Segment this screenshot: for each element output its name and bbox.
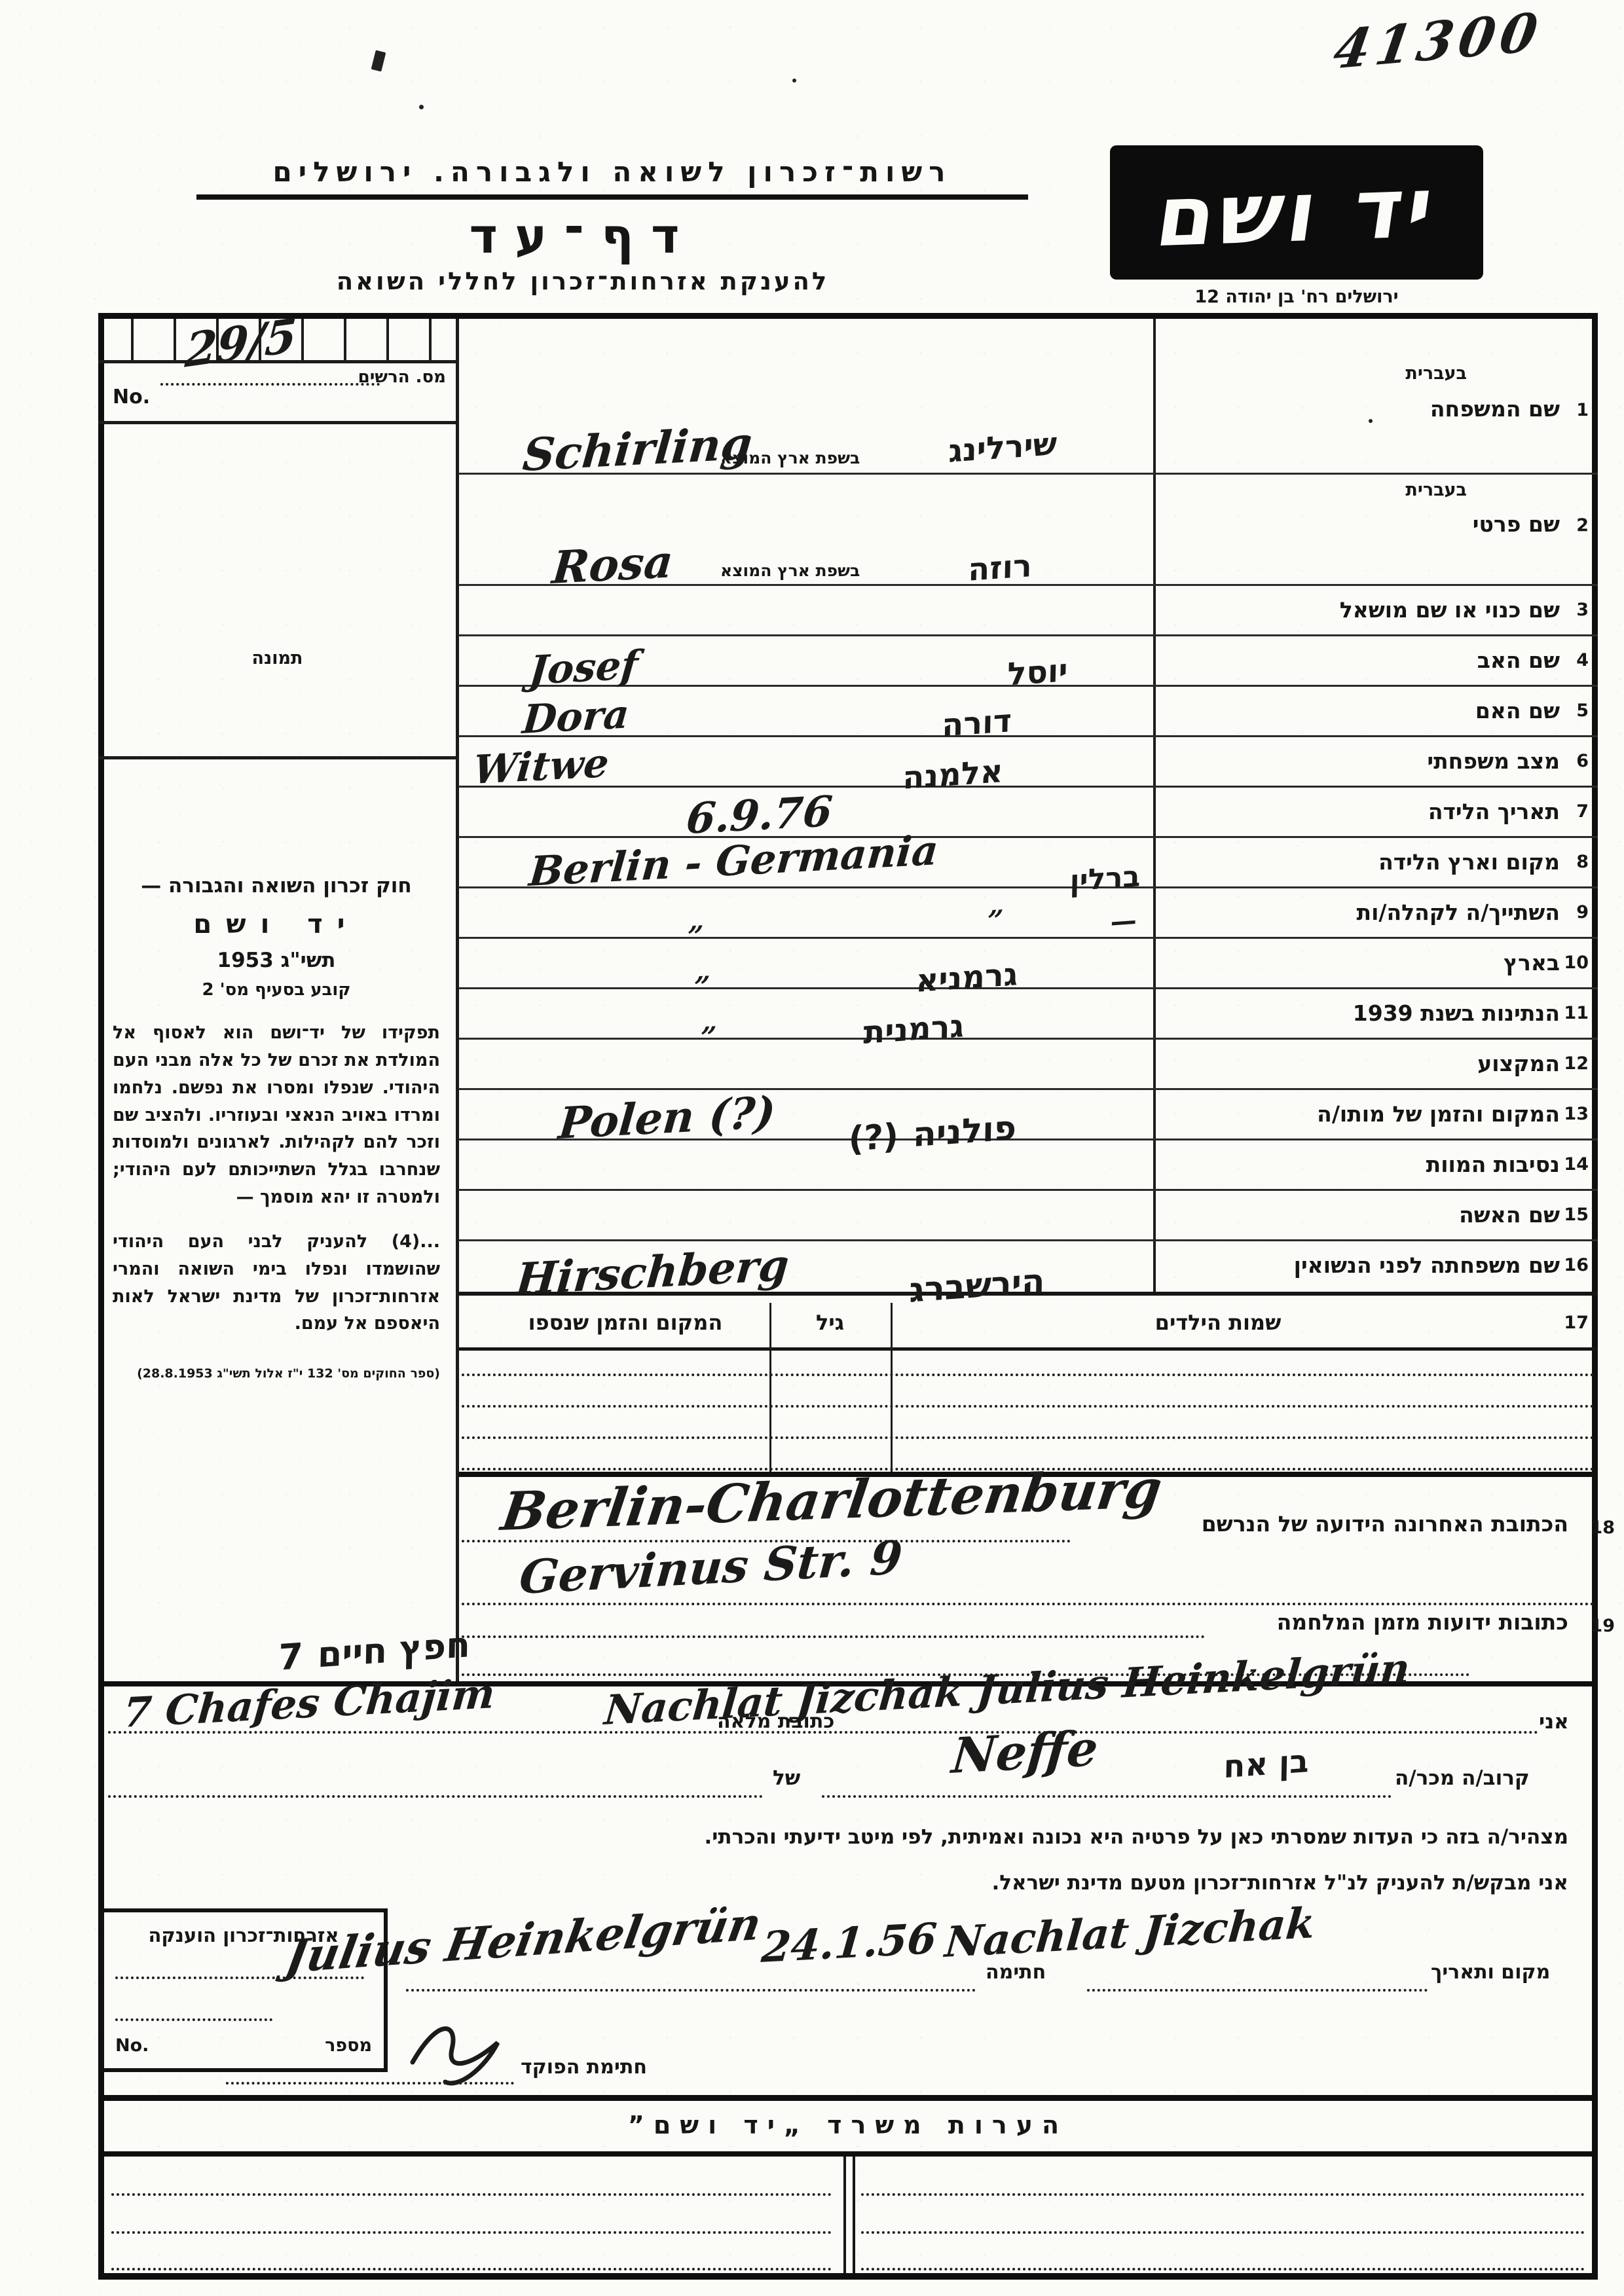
yad-vashem-logo-text: יד ושם	[1150, 159, 1443, 266]
relation-dotted-1	[822, 1795, 1392, 1798]
tick	[344, 319, 346, 361]
grant-box-no-label: No.	[115, 2035, 149, 2056]
field-row-10: 10 בארץ „ גרמניא	[458, 937, 1598, 989]
scan-speck	[371, 50, 386, 72]
field-value-latin: Schirling	[521, 417, 754, 482]
field-sublabel-hebrew: בעברית	[1405, 480, 1467, 500]
children-table-number: 17	[1564, 1313, 1589, 1333]
law-section: קובע בסעיף מס' 2	[113, 980, 440, 1000]
scanned-testimony-page: 41300 רשות־זכרון לשואה ולגבורה. ירושלים …	[0, 0, 1624, 2296]
children-table-header: 17 שמות הילדים גיל המקום והזמן שנספו	[458, 1296, 1598, 1351]
relation-label: קרוב/ה מכר/ה	[1395, 1766, 1530, 1790]
field-value-latin: Berlin - Germania	[527, 826, 940, 896]
tick	[429, 319, 432, 361]
field-label: הנתינות בשנת 1939	[1353, 1000, 1560, 1026]
law-title: חוק זכרון השואה והגבורה —	[113, 874, 440, 898]
office-notes-line	[111, 2193, 832, 2196]
field-label: שם המשפחה	[1430, 396, 1560, 422]
declarant-dotted-line	[108, 1731, 1539, 1734]
photo-area-bottom-line	[98, 756, 456, 759]
office-notes-divider	[843, 2157, 855, 2273]
field-row-8: 8 מקום וארץ הלידה Berlin - Germania ברלי…	[458, 836, 1598, 888]
official-signature-dotted	[226, 2082, 514, 2085]
field-row-16: 16 שם משפחתה לפני הנשואין Hirschberg היר…	[458, 1239, 1598, 1296]
relation-hebrew-handwriting: בן אח	[1219, 1743, 1310, 1786]
field-label: מצב משפחתי	[1427, 748, 1560, 774]
office-notes-line	[111, 2268, 832, 2270]
field-row-2: 2 בעברית שם פרטי בשפת ארץ המוצא Rosa רוז…	[458, 475, 1598, 586]
yad-vashem-logo: יד ושם	[1110, 145, 1483, 280]
form-title: דף־עד	[196, 208, 969, 264]
form-border-top	[98, 313, 1598, 319]
field-row-14: 14 נסיבות המוות	[458, 1139, 1598, 1191]
children-col-divider-1	[769, 1303, 771, 1476]
field-label: המקצוע	[1477, 1051, 1560, 1076]
full-address-label: כתובת מלאה	[717, 1710, 834, 1733]
tick	[386, 319, 389, 361]
field-row-12: 12 המקצוע	[458, 1038, 1598, 1090]
field-number: 2	[1576, 515, 1589, 536]
field-row-15: 15 שם האשה	[458, 1189, 1598, 1241]
field-label: שם האשה	[1459, 1202, 1560, 1228]
of-label: של	[773, 1766, 800, 1790]
field-label: שם האם	[1475, 698, 1560, 723]
registration-label: מס. הרשים	[358, 367, 446, 387]
field-value-hebrew: —	[1108, 905, 1139, 937]
field-label: השתייך/ה לקהלה/ות	[1357, 900, 1560, 925]
no-label: No.	[113, 386, 150, 409]
office-notes-line	[861, 2231, 1585, 2234]
field-row-3: 3 שם כנוי או שם מושאל	[458, 584, 1598, 636]
field-number: 6	[1576, 751, 1589, 771]
field-row-6: 6 מצב משפחתי Witwe אלמנה	[458, 735, 1598, 788]
field-number: 11	[1564, 1003, 1589, 1023]
grant-box-title: אזרחות־זכרון הוענקה	[103, 1924, 384, 1946]
children-row-line	[462, 1405, 1595, 1408]
relation-dotted-2	[108, 1795, 763, 1798]
tick	[301, 319, 304, 361]
memorial-citizenship-grant-box: אזרחות־זכרון הוענקה מספר No.	[100, 1908, 388, 2072]
wartime-address-label: כתובות ידועות מזמן המלחמה	[1211, 1609, 1568, 1635]
no-dotted-line	[160, 383, 380, 386]
field-label: שם כנוי או שם מושאל	[1340, 597, 1560, 623]
office-notes-top-line	[98, 2095, 1598, 2101]
field-value-latin: Hirschberg	[514, 1239, 791, 1305]
place-handwriting: Nachlat Jizchak	[943, 1899, 1317, 1967]
office-notes-box	[98, 2157, 1598, 2273]
field-number: 15	[1564, 1205, 1589, 1225]
field-number: 8	[1576, 852, 1589, 872]
children-col-divider-2	[891, 1303, 893, 1476]
field-sublabel-origin: בשפת ארץ המוצא	[720, 561, 860, 580]
grant-box-dotted-1	[115, 1977, 364, 1979]
field-label: נסיבות המוות	[1426, 1152, 1560, 1177]
law-year: תשי"ג 1953	[113, 949, 440, 972]
law-name: יד ושם	[113, 909, 440, 939]
tick	[174, 319, 176, 361]
corner-number-handwriting: 41300	[1329, 1, 1547, 81]
field-label: מקום וארץ הלידה	[1378, 849, 1560, 875]
field-label: המקום והזמן של מותו/ה	[1317, 1101, 1560, 1127]
field-value-latin: „ „	[688, 888, 1006, 937]
field-sublabel-hebrew: בעברית	[1405, 363, 1467, 384]
law-paragraph-2: ...(4) להעניק לבני העם היהודי שהושמדו ונ…	[113, 1228, 440, 1338]
place-date-label: מקום ותאריך	[1431, 1961, 1550, 1984]
photo-label: תמונה	[98, 648, 456, 668]
children-place-header: המקום והזמן שנספו	[485, 1310, 766, 1335]
tick	[131, 319, 134, 361]
signature-dotted	[406, 1989, 976, 1992]
form-subtitle: להענקת אזרחות־זכרון לחללי השואה	[196, 267, 969, 295]
children-row-line	[462, 1436, 1595, 1439]
office-notes-header-line	[98, 2151, 1598, 2157]
authority-title: רשות־זכרון לשואה ולגבורה. ירושלים	[196, 156, 1028, 200]
office-notes-line	[111, 2231, 832, 2234]
field-number: 10	[1564, 953, 1589, 973]
field-number: 4	[1576, 650, 1589, 670]
children-names-header: שמות הילדים	[1035, 1310, 1401, 1335]
date-handwriting: 24.1.56	[760, 1914, 938, 1973]
field-row-7: 7 תאריך הלידה 6.9.76	[458, 786, 1598, 838]
field-number: 14	[1564, 1154, 1589, 1175]
field-number: 9	[1576, 902, 1589, 922]
field-row-1: 1 בעברית שם המשפחה בשפת ארץ המוצא Schirl…	[458, 357, 1598, 475]
field-label: בארץ	[1504, 950, 1560, 975]
field-number: 3	[1576, 600, 1589, 620]
relation-handwriting: Neffe	[950, 1721, 1100, 1785]
office-notes-title: הערות משרד „יד ושם”	[98, 2111, 1598, 2140]
field-value-hebrew: רוזה	[963, 548, 1033, 589]
field-label: שם האב	[1477, 647, 1560, 673]
field-label: שם פרטי	[1473, 511, 1560, 537]
field-row-4: 4 שם האב Josef יוסל	[458, 634, 1598, 687]
registration-number-row: No. מס. הרשים 29/5	[98, 363, 456, 421]
logo-address: ירושלים רח' בן יהודה 12	[1110, 287, 1483, 307]
row18-number: 18	[1572, 1518, 1615, 1538]
grant-box-number-label: מספר	[325, 2035, 372, 2056]
field-row-9: 9 השתייך/ה לקהלה/ות „ „ —	[458, 886, 1598, 939]
no-row-bottom-line	[98, 421, 456, 424]
official-signature-label: חתימת הפוקד	[521, 2056, 647, 2079]
form-border-bottom	[98, 2273, 1598, 2280]
office-notes-line	[861, 2193, 1585, 2196]
last-address-label: הכתובת האחרונה הידועה של הנרשם	[1074, 1511, 1568, 1537]
law-footnote: (ספר החוקים מס' 132 י"ז אלול תשי"ג 28.8.…	[113, 1366, 440, 1381]
field-label: תאריך הלידה	[1428, 799, 1560, 824]
field-number: 1	[1576, 400, 1589, 420]
field-row-11: 11 הנתינות בשנת 1939 „ גרמנית	[458, 987, 1598, 1040]
field-label: שם משפחתה לפני הנשואין	[1294, 1252, 1560, 1278]
signature-label: חתימה	[986, 1961, 1046, 1984]
field-value-hebrew: שירלינג	[944, 426, 1058, 470]
field-number: 7	[1576, 801, 1589, 822]
scan-speck	[792, 79, 796, 82]
field-number: 12	[1564, 1053, 1589, 1074]
field-number: 5	[1576, 701, 1589, 721]
field-value-latin: „	[701, 1004, 719, 1038]
last-address-dotted-2	[462, 1603, 1595, 1605]
children-age-header: גיל	[769, 1310, 891, 1335]
field-number: 16	[1564, 1255, 1589, 1275]
wartime-address-dotted-1	[462, 1635, 1205, 1638]
declarant-address-handwriting: 7 Chafes Chajim	[121, 1669, 497, 1737]
field-row-5: 5 שם האם Dora דורה	[458, 685, 1598, 737]
wartime-address-hebrew-note: חפץ חיים 7	[275, 1624, 471, 1679]
row19-number: 19	[1572, 1616, 1615, 1636]
office-notes-line	[861, 2268, 1585, 2270]
children-row-line	[462, 1374, 1595, 1376]
declaration-statement-2: אני מבקש/ת להעניק לנ"ל אזרחות־זכרון מטעם…	[773, 1871, 1568, 1895]
official-signature-scribble	[399, 2003, 517, 2095]
declarant-i-label: אני	[1539, 1710, 1569, 1734]
law-paragraph-1: תפקידו של יד־ושם הוא לאסוף אל המולדת את …	[113, 1019, 440, 1211]
field-value-latin: „	[694, 954, 712, 987]
place-date-dotted	[1087, 1989, 1428, 1992]
declaration-statement-1: מצהיר/ה בזה כי העדות שמסרתי כאן על פרטיה…	[314, 1825, 1568, 1849]
scan-speck	[419, 105, 424, 109]
field-number: 13	[1564, 1104, 1589, 1124]
field-row-13: 13 המקום והזמן של מותו/ה Polen (?) פולני…	[458, 1088, 1598, 1140]
law-block: חוק זכרון השואה והגבורה — יד ושם תשי"ג 1…	[113, 874, 440, 1381]
grant-box-dotted-2	[115, 2018, 272, 2021]
